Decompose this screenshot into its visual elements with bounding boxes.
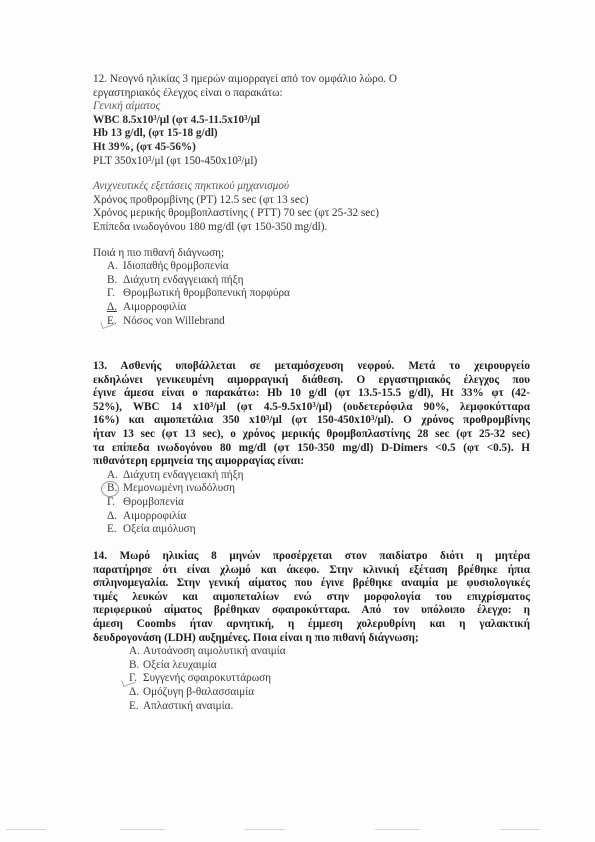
q13-option-e[interactable]: Ε.Οξεία αιμόλυση: [107, 523, 530, 537]
option-letter: Α.: [129, 645, 143, 659]
option-text: Αυτοάνοση αιμολυτική αναιμία: [143, 645, 286, 657]
q12-section-title-coagulation: Ανιχνευτικές εξετάσεις πηκτικού μηχανισμ…: [93, 180, 530, 194]
option-text: Αιμορροφιλία: [123, 301, 186, 313]
q14-option-a[interactable]: Α.Αυτοάνοση αιμολυτική αναιμία: [129, 645, 530, 659]
q13-stem-line-3: έγινε άμεσα είναι ο παρακάτω: Hb 10 g/dl…: [93, 387, 530, 401]
q13-stem-line-7: τα επίπεδα ινωδογόνου 80 mg/dl (φτ 150-3…: [93, 442, 530, 456]
q14-stem-line-7: δευδρογονάση (LDH) αυξημένες. Ποια είναι…: [93, 632, 530, 646]
option-text: Νόσος von Willebrand: [123, 315, 225, 327]
q14-stem-line-5: περιφερικού αίματος βρέθηκαν σφαιροκύττα…: [93, 604, 530, 618]
question-13: 13. Ασθενής υποβάλλεται σε μεταμόσχευση …: [93, 360, 530, 537]
q12-stem-line-2: εργαστηριακός έλεγχος είναι ο παρακάτω:: [93, 87, 530, 101]
option-letter: Δ.: [107, 510, 123, 524]
q13-stem-line-1: 13. Ασθενής υποβάλλεται σε μεταμόσχευση …: [93, 360, 530, 374]
q14-stem-line-1: 14. Μωρό ηλικίας 8 μηνών προσέρχεται στο…: [93, 550, 530, 564]
option-letter: Δ.: [129, 686, 143, 700]
option-text: Θρομβωτική θρομβοπενική πορφύρα: [123, 287, 290, 299]
q14-stem-line-6: άμεση Coombs ήταν αρνητική, η έμμεση χολ…: [93, 618, 530, 632]
option-letter: Γ.: [107, 287, 123, 301]
q14-stem-line-2: παρατήρησε ότι είναι χλωμό και άκεφο. Στ…: [93, 564, 530, 578]
option-letter: Γ.: [107, 496, 123, 510]
option-text: Διάχυτη ενδαγγειακή πήξη: [123, 274, 244, 286]
option-text: Οξεία λευχαιμία: [143, 659, 217, 671]
option-text: Διάχυτη ενδαγγειακή πήξη: [123, 469, 244, 481]
q14-stem-line-4: τιμές λευκών και αιμοπεταλίων ενώ στην μ…: [93, 591, 530, 605]
q12-options: Α.Ιδιοπαθής θρομβοπενία Β.Διάχυτη ενδαγγ…: [93, 260, 530, 328]
option-letter: Δ.: [107, 301, 123, 315]
q12-lab-hb: Hb 13 g/dl, (φτ 15-18 g/dl): [93, 127, 530, 141]
q14-option-b[interactable]: Β.Οξεία λευχαιμία: [129, 659, 530, 673]
q13-options: Α.Διάχυτη ενδαγγειακή πήξη Β.Μεμονωμένη …: [93, 469, 530, 537]
option-text: Μεμονωμένη ινωδόλυση: [123, 482, 235, 494]
scan-artifact-footer: [0, 825, 595, 835]
option-text: Ομόζυγη β-θαλασσαιμία: [143, 686, 254, 698]
q13-stem-line-8: πιθανότερη ερμηνεία της αιμορραγίας είνα…: [93, 455, 530, 469]
option-letter: Β.: [107, 274, 123, 288]
option-text: Αιμορροφιλία: [123, 510, 186, 522]
option-letter: Ε.: [129, 700, 143, 714]
q13-stem-line-4: 52%), WBC 14 x10³/μl (φτ 4.5-9.5x10³/μl)…: [93, 401, 530, 415]
q13-option-b[interactable]: Β.Μεμονωμένη ινωδόλυση: [107, 482, 530, 496]
option-letter: Α.: [107, 469, 123, 483]
q13-option-c[interactable]: Γ.Θρομβοπενία: [107, 496, 530, 510]
q12-lab-ht: Ht 39%, (φτ 45-56%): [93, 141, 530, 155]
q13-stem-line-2: εκδηλώνει γενικευμένη αιμορραγική διάθεσ…: [93, 374, 530, 388]
q12-lab-ptt: Χρόνος μερικής θρομβοπλαστίνης ( PTT) 70…: [93, 207, 530, 221]
option-letter: Α.: [107, 260, 123, 274]
q12-lab-plt: PLT 350x10³/μl (φτ 150-450x10³/μl): [93, 155, 530, 169]
q12-lab-fibrinogen: Επίπεδα ινωδογόνου 180 mg/dl (φτ 150-350…: [93, 221, 530, 235]
question-12: 12. Νεογνό ηλικίας 3 ημερών αιμορραγεί α…: [93, 73, 530, 328]
q14-options: Α.Αυτοάνοση αιμολυτική αναιμία Β.Οξεία λ…: [93, 645, 530, 713]
q14-stem-line-3: σπληνομεγαλία. Στην γενική αίματος που έ…: [93, 577, 530, 591]
q13-option-a[interactable]: Α.Διάχυτη ενδαγγειακή πήξη: [107, 469, 530, 483]
option-text: Οξεία αιμόλυση: [123, 523, 196, 535]
option-text: Απλαστική αναιμία.: [143, 700, 233, 712]
option-letter: Β.: [129, 659, 143, 673]
q12-option-c[interactable]: Γ.Θρομβωτική θρομβοπενική πορφύρα: [107, 287, 530, 301]
option-letter: Ε.: [107, 523, 123, 537]
q14-option-e[interactable]: Ε.Απλαστική αναιμία.: [129, 700, 530, 714]
option-text: Ιδιοπαθής θρομβοπενία: [123, 260, 229, 272]
q12-stem-line-1: 12. Νεογνό ηλικίας 3 ημερών αιμορραγεί α…: [93, 73, 530, 87]
q12-option-d[interactable]: Δ.Αιμορροφιλία: [107, 301, 530, 315]
document-page: 12. Νεογνό ηλικίας 3 ημερών αιμορραγεί α…: [0, 0, 595, 842]
option-text: Συγγενής σφαιροκυττάρωση: [143, 672, 271, 684]
q12-prompt: Ποιά η πιο πιθανή διάγνωση;: [93, 247, 530, 261]
q14-option-d[interactable]: Δ.Ομόζυγη β-θαλασσαιμία: [129, 686, 530, 700]
q12-section-title-blood-count: Γενική αίματος: [93, 100, 530, 114]
q14-option-c[interactable]: Γ.Συγγενής σφαιροκυττάρωση: [129, 672, 530, 686]
q12-lab-pt: Χρόνος προθρομβίνης (PT) 12.5 sec (φτ 13…: [93, 194, 530, 208]
q12-option-a[interactable]: Α.Ιδιοπαθής θρομβοπενία: [107, 260, 530, 274]
option-text: Θρομβοπενία: [123, 496, 184, 508]
question-14: 14. Μωρό ηλικίας 8 μηνών προσέρχεται στο…: [93, 550, 530, 713]
q12-option-e[interactable]: Ε.Νόσος von Willebrand: [107, 315, 530, 329]
q13-stem-line-5: 16%) και αιμοπετάλια 350 x10³/μl (φτ 150…: [93, 414, 530, 428]
q12-lab-wbc: WBC 8.5x10³/μl (φτ 4.5-11.5x10³/μl: [93, 114, 530, 128]
q13-option-d[interactable]: Δ.Αιμορροφιλία: [107, 510, 530, 524]
q12-option-b[interactable]: Β.Διάχυτη ενδαγγειακή πήξη: [107, 274, 530, 288]
q13-stem-line-6: ήταν 13 sec (φτ 13 sec), ο χρόνος μερική…: [93, 428, 530, 442]
